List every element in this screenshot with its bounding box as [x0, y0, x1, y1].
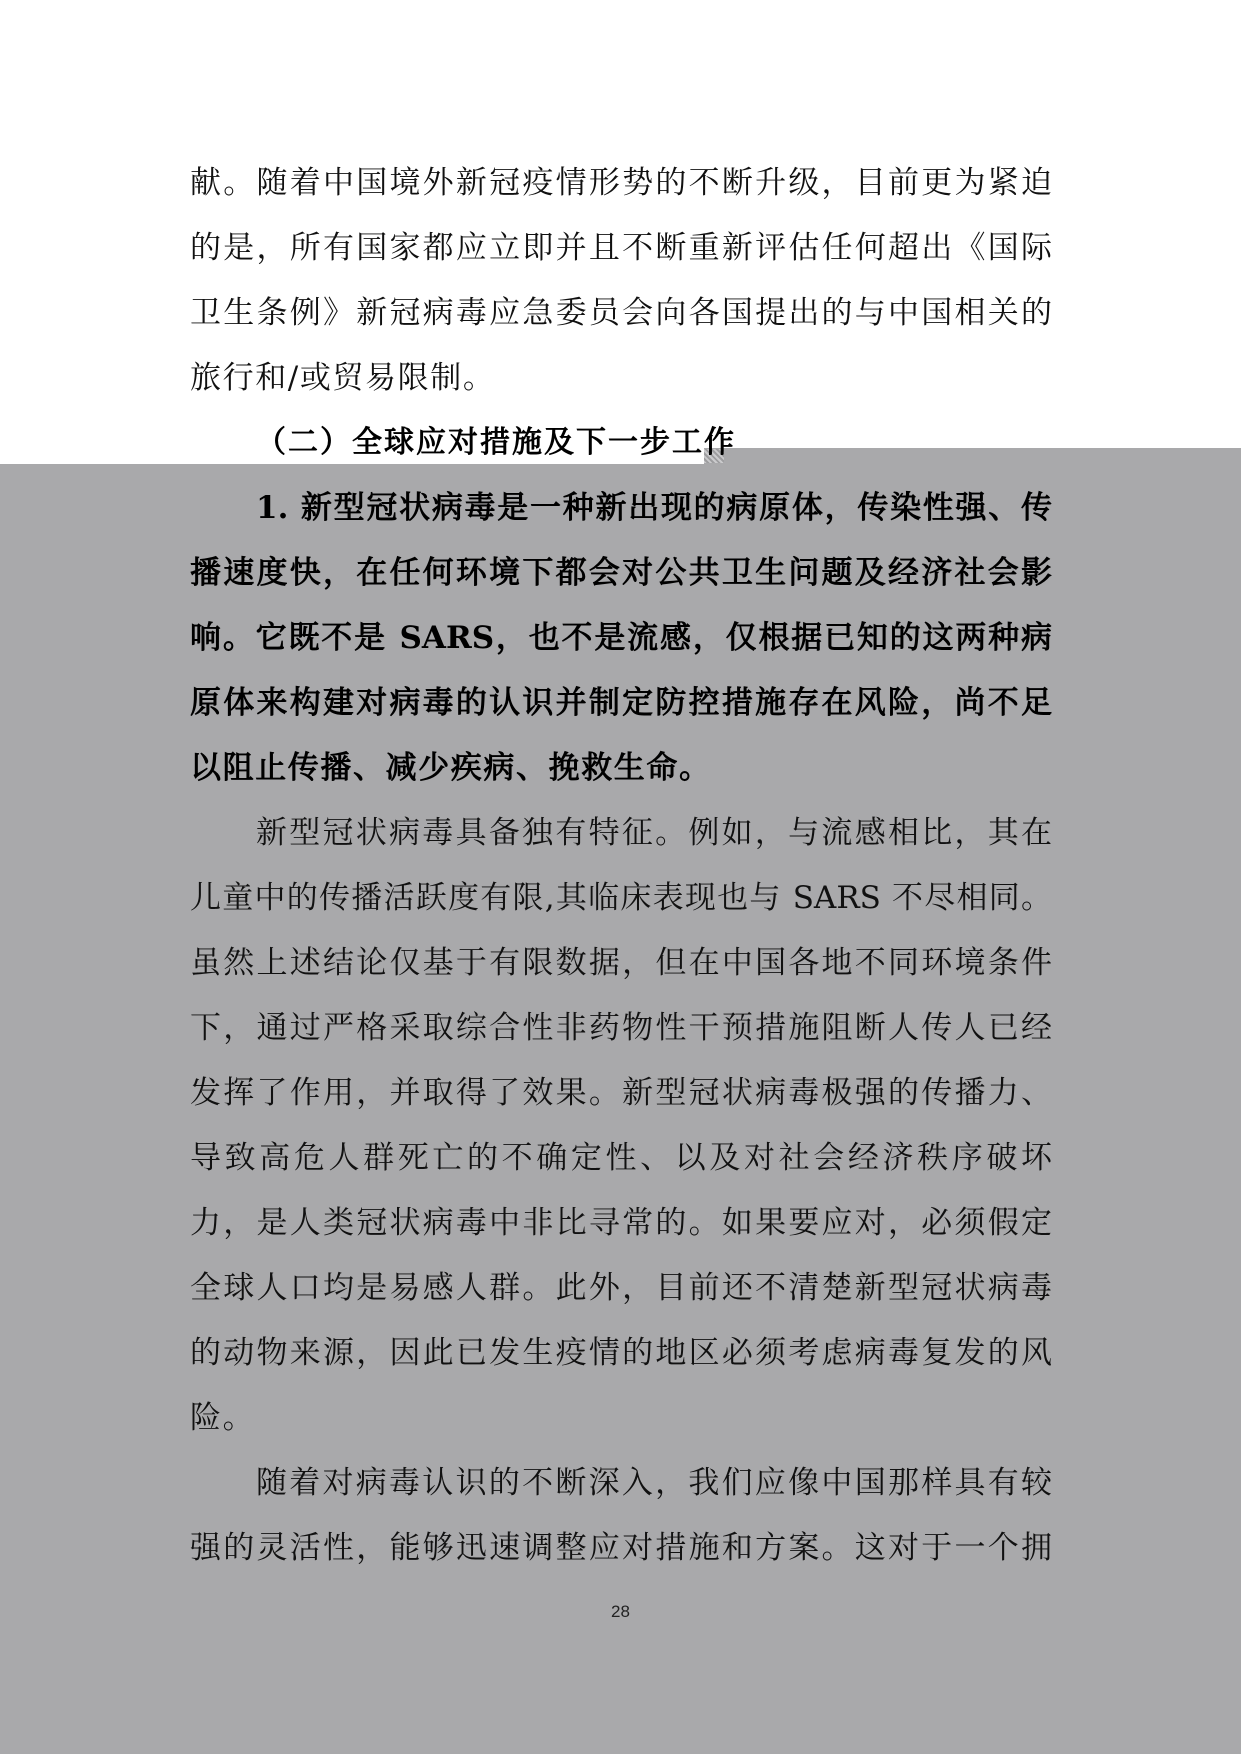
text-line: 1. 新型冠状病毒是一种新出现的病原体，传染性强、传: [256, 488, 1052, 528]
text-line: 的动物来源，因此已发生疫情的地区必须考虑病毒复发的风: [190, 1333, 1052, 1373]
section-heading: （二）全球应对措施及下一步工作: [256, 423, 736, 463]
text-line: 全球人口均是易感人群。此外，目前还不清楚新型冠状病毒: [190, 1268, 1052, 1308]
text-line: 原体来构建对病毒的认识并制定防控措施存在风险，尚不足: [190, 683, 1052, 723]
text-line: 的是，所有国家都应立即并且不断重新评估任何超出《国际: [190, 228, 1052, 268]
text-line: 卫生条例》新冠病毒应急委员会向各国提出的与中国相关的: [190, 293, 1052, 333]
text-line: 儿童中的传播活跃度有限,其临床表现也与 SARS 不尽相同。: [190, 878, 1052, 918]
document-page: 献。随着中国境外新冠疫情形势的不断升级，目前更为紧迫 的是，所有国家都应立即并且…: [0, 0, 1241, 1754]
gray-overlay-step: [704, 448, 1241, 464]
text-line: 响。它既不是 SARS，也不是流感，仅根据已知的这两种病: [190, 618, 1052, 658]
text-line: 下，通过严格采取综合性非药物性干预措施阻断人传人已经: [190, 1008, 1052, 1048]
text-line: 随着对病毒认识的不断深入，我们应像中国那样具有较: [256, 1463, 1052, 1503]
text-line: 险。: [190, 1398, 1052, 1438]
text-line: 以阻止传播、减少疾病、挽救生命。: [190, 748, 1052, 788]
text-line: 力，是人类冠状病毒中非比寻常的。如果要应对，必须假定: [190, 1203, 1052, 1243]
page-number: 28: [0, 1602, 1241, 1622]
text-line: 虽然上述结论仅基于有限数据，但在中国各地不同环境条件: [190, 943, 1052, 983]
text-line: 旅行和/或贸易限制。: [190, 358, 1052, 398]
text-line: 播速度快，在任何环境下都会对公共卫生问题及经济社会影: [190, 553, 1052, 593]
text-line: 新型冠状病毒具备独有特征。例如，与流感相比，其在: [256, 813, 1052, 853]
text-line: 导致高危人群死亡的不确定性、以及对社会经济秩序破坏: [190, 1138, 1052, 1178]
text-line: 献。随着中国境外新冠疫情形势的不断升级，目前更为紧迫: [190, 163, 1052, 203]
text-line: 发挥了作用，并取得了效果。新型冠状病毒极强的传播力、: [190, 1073, 1052, 1113]
text-line: 强的灵活性，能够迅速调整应对措施和方案。这对于一个拥: [190, 1528, 1052, 1568]
